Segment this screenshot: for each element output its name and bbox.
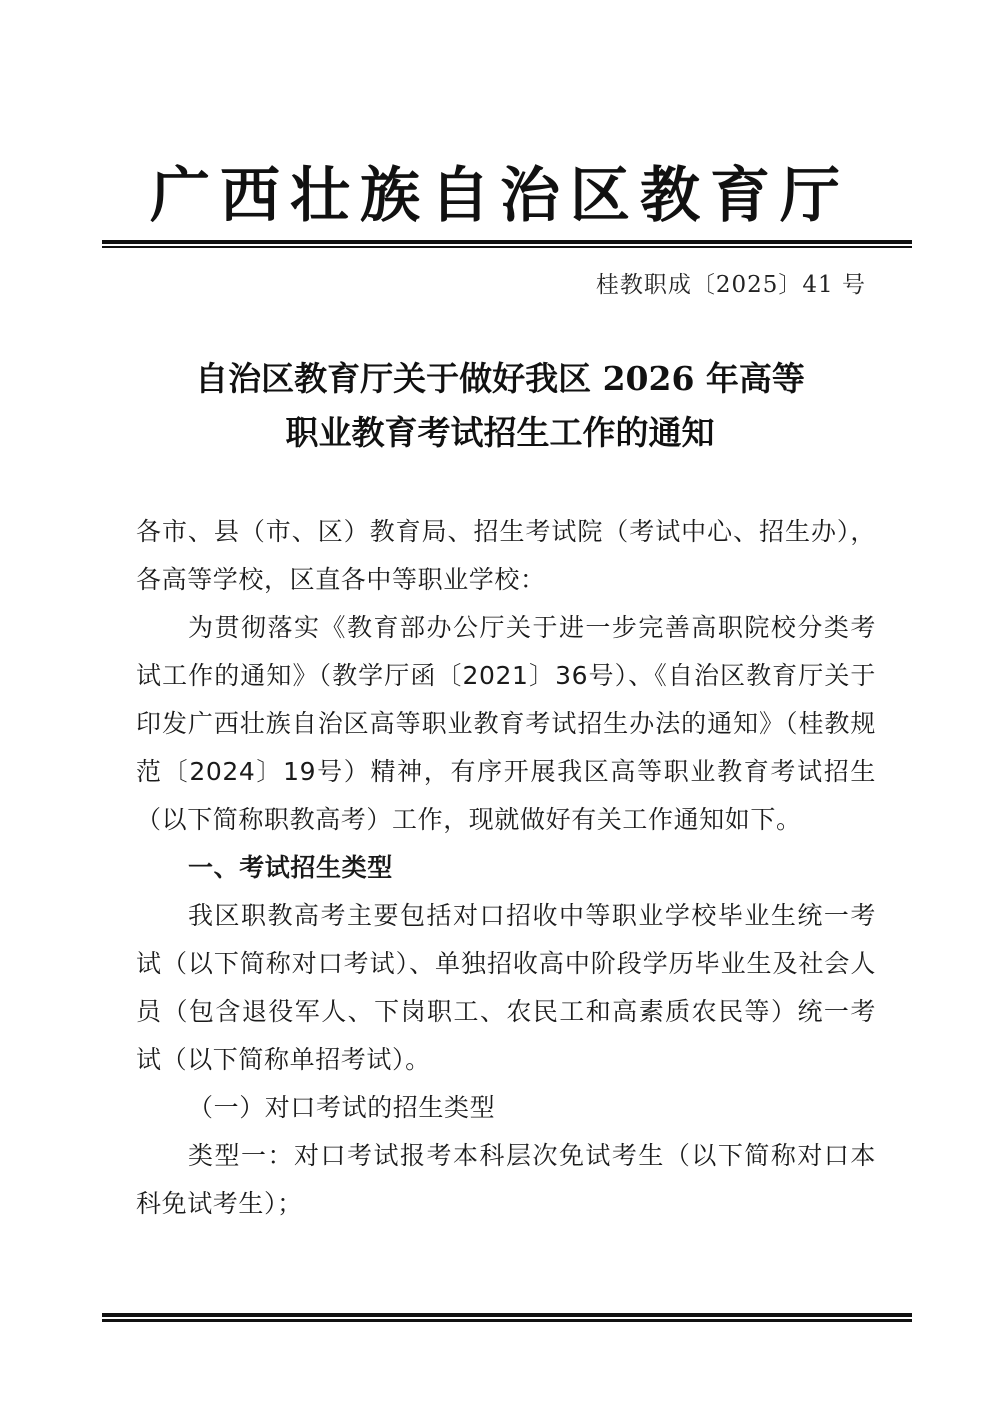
document-number: 桂教职成〔2025〕41 号 <box>596 266 866 299</box>
footer-divider <box>102 1313 912 1322</box>
document-title: 自治区教育厅关于做好我区 2026 年高等 职业教育考试招生工作的通知 <box>0 352 1000 460</box>
subsection-heading-1: （一）对口考试的招生类型 <box>136 1084 876 1132</box>
document-body: 各市、县（市、区）教育局、招生考试院（考试中心、招生办），各高等学校，区直各中等… <box>136 508 876 1228</box>
divider-thin-line <box>102 246 912 248</box>
recipients: 各市、县（市、区）教育局、招生考试院（考试中心、招生办），各高等学校，区直各中等… <box>136 508 876 604</box>
document-page: 广西壮族自治区教育厅 桂教职成〔2025〕41 号 自治区教育厅关于做好我区 2… <box>0 0 1000 1415</box>
section-heading-1: 一、考试招生类型 <box>136 844 876 892</box>
title-line-2: 职业教育考试招生工作的通知 <box>0 406 1000 460</box>
section-1-paragraph: 我区职教高考主要包括对口招收中等职业学校毕业生统一考试（以下简称对口考试）、单独… <box>136 892 876 1084</box>
divider-thin-line <box>102 1319 912 1322</box>
type-1-item: 类型一：对口考试报考本科层次免试考生（以下简称对口本科免试考生）； <box>136 1132 876 1228</box>
masthead-divider <box>102 240 912 248</box>
title-line-1: 自治区教育厅关于做好我区 2026 年高等 <box>0 352 1000 406</box>
intro-paragraph: 为贯彻落实《教育部办公厅关于进一步完善高职院校分类考试工作的通知》（教学厅函〔2… <box>136 604 876 844</box>
masthead-title: 广西壮族自治区教育厅 <box>0 160 1000 232</box>
